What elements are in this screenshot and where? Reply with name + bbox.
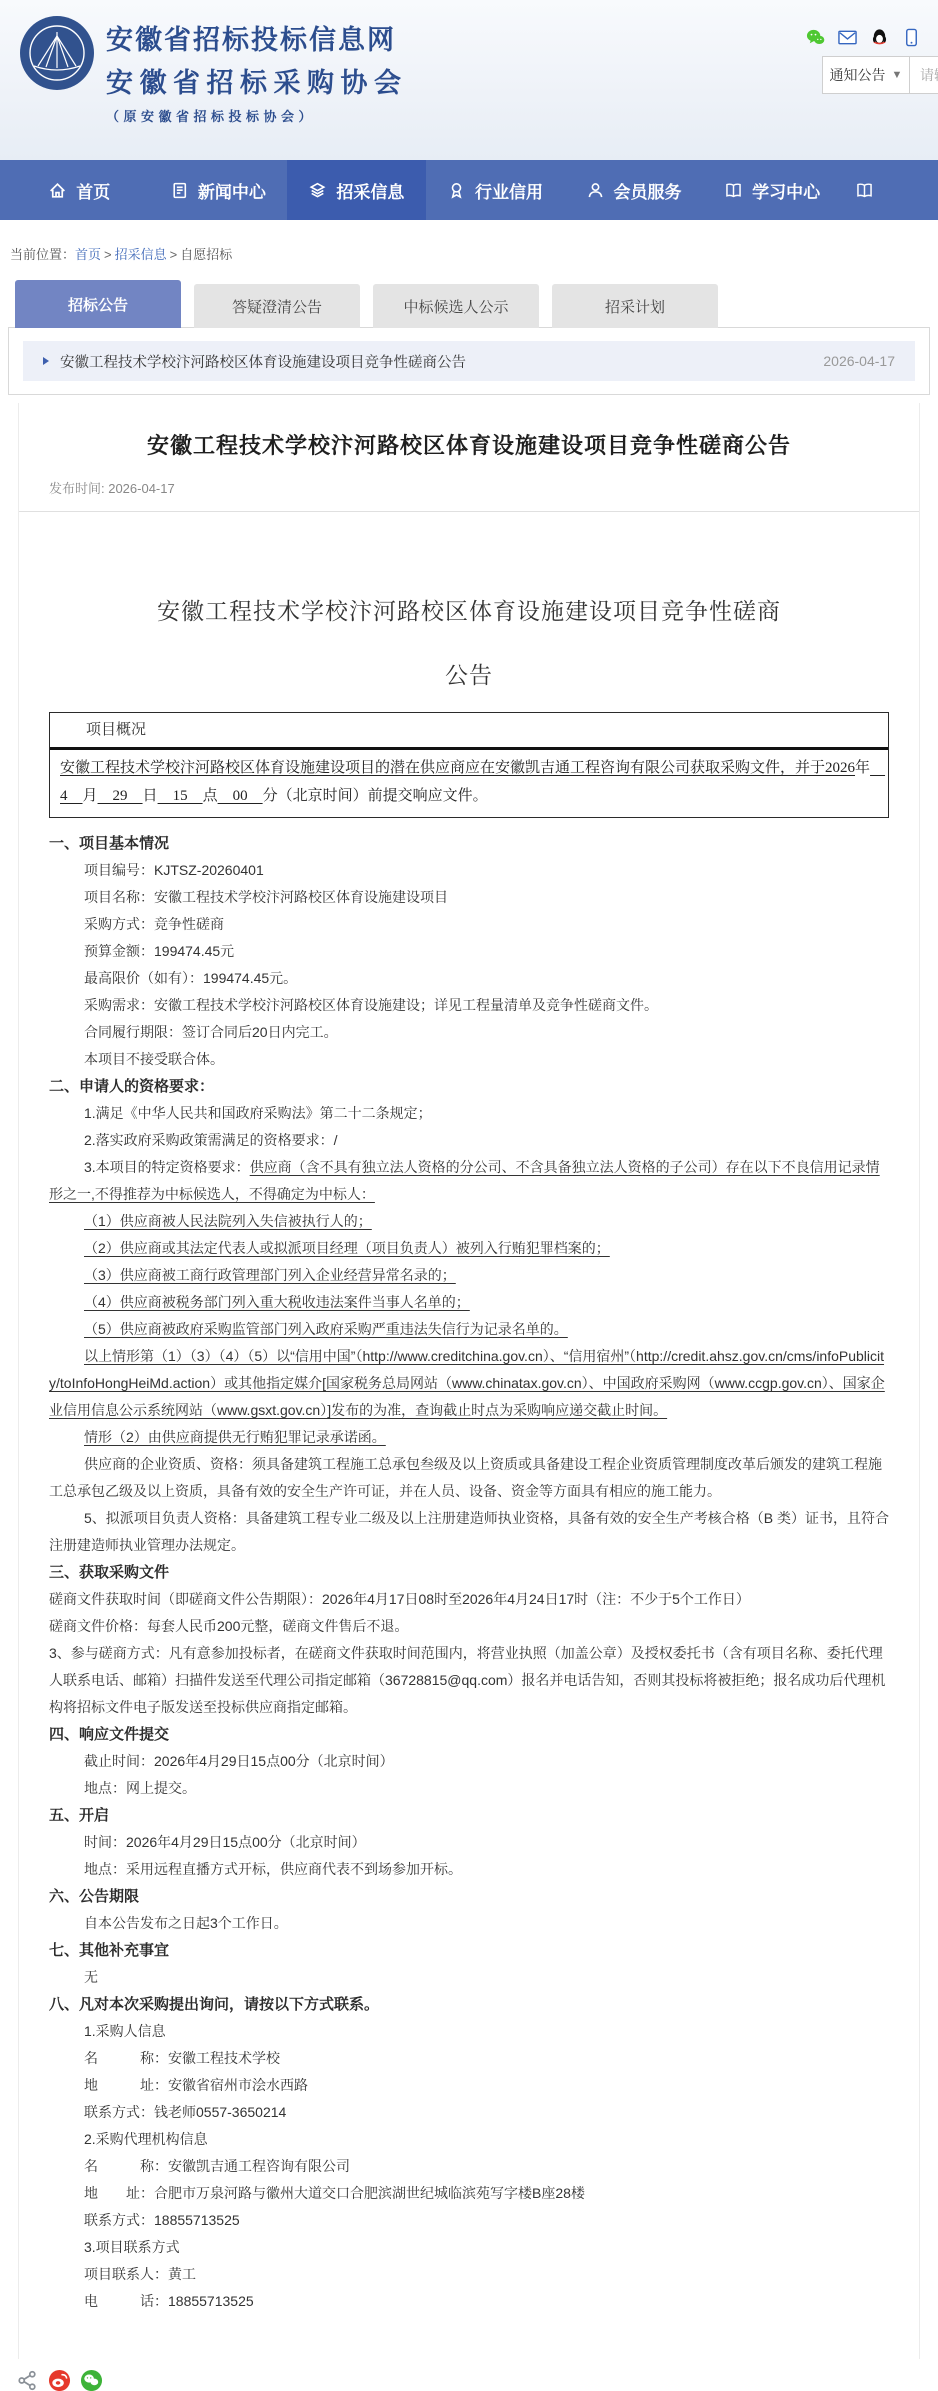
tab-bid-announcements[interactable]: 招标公告: [15, 280, 181, 328]
search-category-select[interactable]: 通知公告 ▼: [822, 56, 910, 94]
doc-section-heading: 八、凡对本次采购提出询问，请按以下方式联系。: [49, 1991, 889, 2018]
quick-icons: [806, 28, 921, 47]
share-icon[interactable]: [16, 2369, 39, 2391]
doc-line: 1.满足《中华人民共和国政府采购法》第二十二条规定；: [49, 1100, 889, 1127]
nav-label: 招采信息: [336, 178, 404, 203]
nav-label: 行业信用: [475, 178, 543, 203]
doc-line: 3.项目联系方式: [49, 2234, 889, 2261]
nav-item-member-services[interactable]: 会员服务: [564, 160, 703, 220]
document-title-line2: 公告: [49, 644, 889, 708]
nav-item-industry-credit[interactable]: 行业信用: [426, 160, 565, 220]
doc-line: （2）供应商或其法定代表人或拟派项目经理（项目负责人）被列入行贿犯罪档案的；: [49, 1235, 889, 1262]
doc-line: 3.本项目的特定资格要求：供应商（含不具有独立法人资格的分公司、不含具备独立法人…: [49, 1154, 889, 1208]
search-input[interactable]: [910, 56, 938, 94]
nav-label: 新闻中心: [198, 178, 266, 203]
doc-line: 联系方式：钱老师0557-3650214: [49, 2099, 889, 2126]
site-title-line2: 安徽省招标采购协会: [106, 61, 408, 100]
doc-line: 电 话：18855713525: [49, 2288, 889, 2315]
doc-line: 5、拟派项目负责人资格：具备建筑工程专业二级及以上注册建造师执业资格，具备有效的…: [49, 1505, 889, 1559]
nav-label: 首页: [76, 178, 110, 203]
list-item-title[interactable]: 安徽工程技术学校汴河路校区体育设施建设项目竞争性磋商公告: [60, 351, 823, 372]
doc-line: （1）供应商被人民法院列入失信被执行人的；: [49, 1208, 889, 1235]
doc-line: 名 称：安徽工程技术学校: [49, 2045, 889, 2072]
doc-section-heading: 二、申请人的资格要求：: [49, 1073, 889, 1100]
doc-line: 项目联系人：黄工: [49, 2261, 889, 2288]
wechat-icon[interactable]: [80, 2369, 103, 2391]
wechat-icon[interactable]: [806, 28, 825, 47]
nav-item-news-center[interactable]: 新闻中心: [149, 160, 288, 220]
project-overview-box: 项目概况 安徽工程技术学校汴河路校区体育设施建设项目的潜在供应商应在安徽凯吉通工…: [49, 712, 889, 818]
nav-item-home[interactable]: 首页: [10, 160, 149, 220]
site-header: 安徽省招标投标信息网 安徽省招标采购协会 （原安徽省招标投标协会）: [0, 0, 938, 160]
breadcrumb-current: 自愿招标: [180, 247, 232, 262]
search-bar: 通知公告 ▼: [822, 56, 938, 94]
breadcrumb-link-home[interactable]: 首页: [75, 247, 101, 262]
doc-line: 合同履行期限：签订合同后20日内完工。: [49, 1019, 889, 1046]
document-title-line1: 安徽工程技术学校汴河路校区体育设施建设项目竞争性磋商: [49, 580, 889, 644]
doc-line: 时间：2026年4月29日15点00分（北京时间）: [49, 1829, 889, 1856]
list-item[interactable]: 安徽工程技术学校汴河路校区体育设施建设项目竞争性磋商公告 2026-04-17: [23, 341, 915, 381]
nav-item-partial[interactable]: [841, 160, 938, 220]
share-bar: [16, 2369, 103, 2391]
qq-icon[interactable]: [870, 28, 889, 47]
doc-section-heading: 四、响应文件提交: [49, 1721, 889, 1748]
doc-line: 名 称：安徽凯吉通工程咨询有限公司: [49, 2153, 889, 2180]
nav-label: 会员服务: [614, 178, 682, 203]
breadcrumb-link-bidding-info[interactable]: 招采信息: [115, 247, 167, 262]
book-icon: [724, 181, 743, 200]
breadcrumb-separator: >: [104, 247, 112, 262]
book-icon: [855, 181, 874, 200]
doc-line: （5）供应商被政府采购监管部门列入政府采购严重违法失信行为记录名单的。: [49, 1316, 889, 1343]
doc-line: 最高限价（如有）：199474.45元。: [49, 965, 889, 992]
tab-clarification-announcements[interactable]: 答疑澄清公告: [194, 284, 360, 328]
doc-line: 项目编号：KJTSZ-20260401: [49, 857, 889, 884]
news-icon: [170, 181, 189, 200]
doc-line: 无: [49, 1964, 889, 1991]
doc-line: 以上情形第（1）（3）（4）（5）以“信用中国”（http://www.cred…: [49, 1343, 889, 1424]
doc-line: （3）供应商被工商行政管理部门列入企业经营异常名录的；: [49, 1262, 889, 1289]
doc-line: 情形（2）由供应商提供无行贿犯罪记录承诺函。: [49, 1424, 889, 1451]
search-category-value: 通知公告: [830, 65, 886, 85]
document-sections: 一、项目基本情况项目编号：KJTSZ-20260401项目名称：安徽工程技术学校…: [49, 830, 889, 2315]
nav-item-learning-center[interactable]: 学习中心: [703, 160, 842, 220]
doc-line: 项目名称：安徽工程技术学校汴河路校区体育设施建设项目: [49, 884, 889, 911]
doc-line: 2.采购代理机构信息: [49, 2126, 889, 2153]
doc-section-heading: 一、项目基本情况: [49, 830, 889, 857]
page: 安徽省招标投标信息网 安徽省招标采购协会 （原安徽省招标投标协会）: [0, 0, 938, 2391]
doc-line: 1.采购人信息: [49, 2018, 889, 2045]
doc-section-heading: 三、获取采购文件: [49, 1559, 889, 1586]
chevron-down-icon: ▼: [892, 69, 903, 81]
doc-line: 采购需求：安徽工程技术学校汴河路校区体育设施建设；详见工程量清单及竞争性磋商文件…: [49, 992, 889, 1019]
doc-line: 预算金额：199474.45元: [49, 938, 889, 965]
medal-icon: [447, 181, 466, 200]
doc-line: （4）供应商被税务部门列入重大税收违法案件当事人名单的；: [49, 1289, 889, 1316]
tab-procurement-plan[interactable]: 招采计划: [552, 284, 718, 328]
tab-bar: 招标公告 答疑澄清公告 中标候选人公示 招采计划: [0, 280, 938, 328]
doc-line: 磋商文件价格：每套人民币200元整，磋商文件售后不退。: [49, 1613, 889, 1640]
nav-label: 学习中心: [752, 178, 820, 203]
doc-line: 2.落实政府采购政策需满足的资格要求：/: [49, 1127, 889, 1154]
member-icon: [586, 181, 605, 200]
doc-section-heading: 六、公告期限: [49, 1883, 889, 1910]
breadcrumb-separator: >: [170, 247, 178, 262]
main-nav: 首页 新闻中心 招采信息 行业信用 会员服务: [0, 160, 938, 220]
document-body: 安徽工程技术学校汴河路校区体育设施建设项目竞争性磋商 公告 项目概况 安徽工程技…: [19, 580, 919, 2315]
mail-icon[interactable]: [838, 28, 857, 47]
publish-time: 发布时间: 2026-04-17: [49, 478, 919, 497]
doc-line: 采购方式：竞争性磋商: [49, 911, 889, 938]
project-overview-text: 安徽工程技术学校汴河路校区体育设施建设项目的潜在供应商应在安徽凯吉通工程咨询有限…: [50, 750, 888, 817]
site-subtitle: （原安徽省招标投标协会）: [106, 106, 408, 125]
doc-line: 截止时间：2026年4月29日15点00分（北京时间）: [49, 1748, 889, 1775]
mobile-icon[interactable]: [902, 28, 921, 47]
doc-line: 自本公告发布之日起3个工作日。: [49, 1910, 889, 1937]
doc-line: 地 址：安徽省宿州市浍水西路: [49, 2072, 889, 2099]
divider: [19, 511, 919, 512]
document-title: 安徽工程技术学校汴河路校区体育设施建设项目竞争性磋商 公告: [49, 580, 889, 708]
doc-line: 地 址：合肥市万泉河路与徽州大道交口合肥滨湖世纪城临滨苑写字楼B座28楼: [49, 2180, 889, 2207]
home-icon: [48, 181, 67, 200]
tab-winning-candidates[interactable]: 中标候选人公示: [373, 284, 539, 328]
nav-item-bidding-info[interactable]: 招采信息: [287, 160, 426, 220]
doc-line: 地点：网上提交。: [49, 1775, 889, 1802]
layers-icon: [308, 181, 327, 200]
breadcrumb-label: 当前位置：: [10, 247, 75, 262]
doc-line: 磋商文件获取时间（即磋商文件公告期限）：2026年4月17日08时至2026年4…: [49, 1586, 889, 1613]
announcement-list: 安徽工程技术学校汴河路校区体育设施建设项目竞争性磋商公告 2026-04-17: [8, 327, 930, 395]
weibo-icon[interactable]: [48, 2369, 71, 2391]
doc-line: 联系方式：18855713525: [49, 2207, 889, 2234]
doc-section-heading: 五、开启: [49, 1802, 889, 1829]
site-title-line1: 安徽省招标投标信息网: [106, 18, 408, 57]
doc-line: 供应商的企业资质、资格：须具备建筑工程施工总承包叁级及以上资质或具备建设工程企业…: [49, 1451, 889, 1505]
doc-line: 本项目不接受联合体。: [49, 1046, 889, 1073]
triangle-bullet-icon: [43, 357, 49, 365]
doc-line: 3、参与磋商方式：凡有意参加投标者，在磋商文件获取时间范围内，将营业执照（加盖公…: [49, 1640, 889, 1721]
site-logo: [20, 16, 94, 90]
site-title: 安徽省招标投标信息网 安徽省招标采购协会 （原安徽省招标投标协会）: [106, 18, 408, 125]
article: 安徽工程技术学校汴河路校区体育设施建设项目竞争性磋商公告 发布时间: 2026-…: [18, 403, 920, 2359]
breadcrumb: 当前位置：首页>招采信息>自愿招标: [10, 244, 938, 263]
project-overview-header: 项目概况: [50, 713, 888, 750]
doc-line: 地点：采用远程直播方式开标，供应商代表不到场参加开标。: [49, 1856, 889, 1883]
list-item-date: 2026-04-17: [823, 353, 895, 369]
doc-section-heading: 七、其他补充事宜: [49, 1937, 889, 1964]
page-title: 安徽工程技术学校汴河路校区体育设施建设项目竞争性磋商公告: [19, 403, 919, 460]
